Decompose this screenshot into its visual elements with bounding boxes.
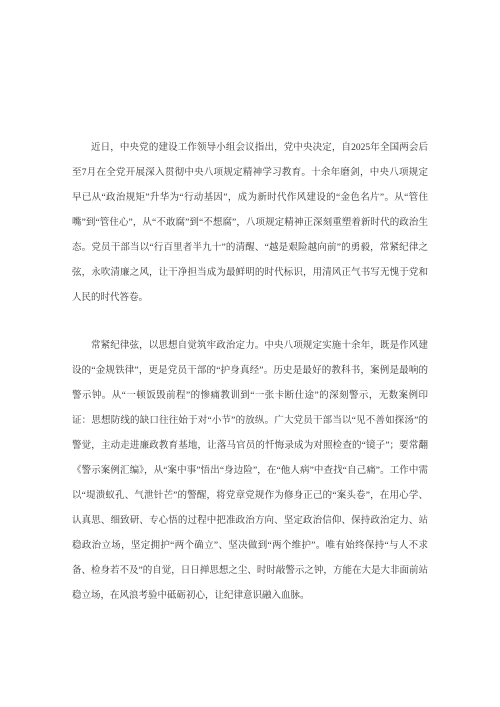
document-page: 近日，中央党的建设工作领导小组会议指出，党中央决定，自2025年全国两会后至7月… [0, 0, 500, 707]
paragraph-body: 常紧纪律弦，以思想自觉筑牢政治定力。中央八项规定实施十余年，既是作风建设的“金规… [72, 334, 428, 609]
paragraph-intro: 近日，中央党的建设工作领导小组会议指出，党中央决定，自2025年全国两会后至7月… [72, 136, 428, 311]
